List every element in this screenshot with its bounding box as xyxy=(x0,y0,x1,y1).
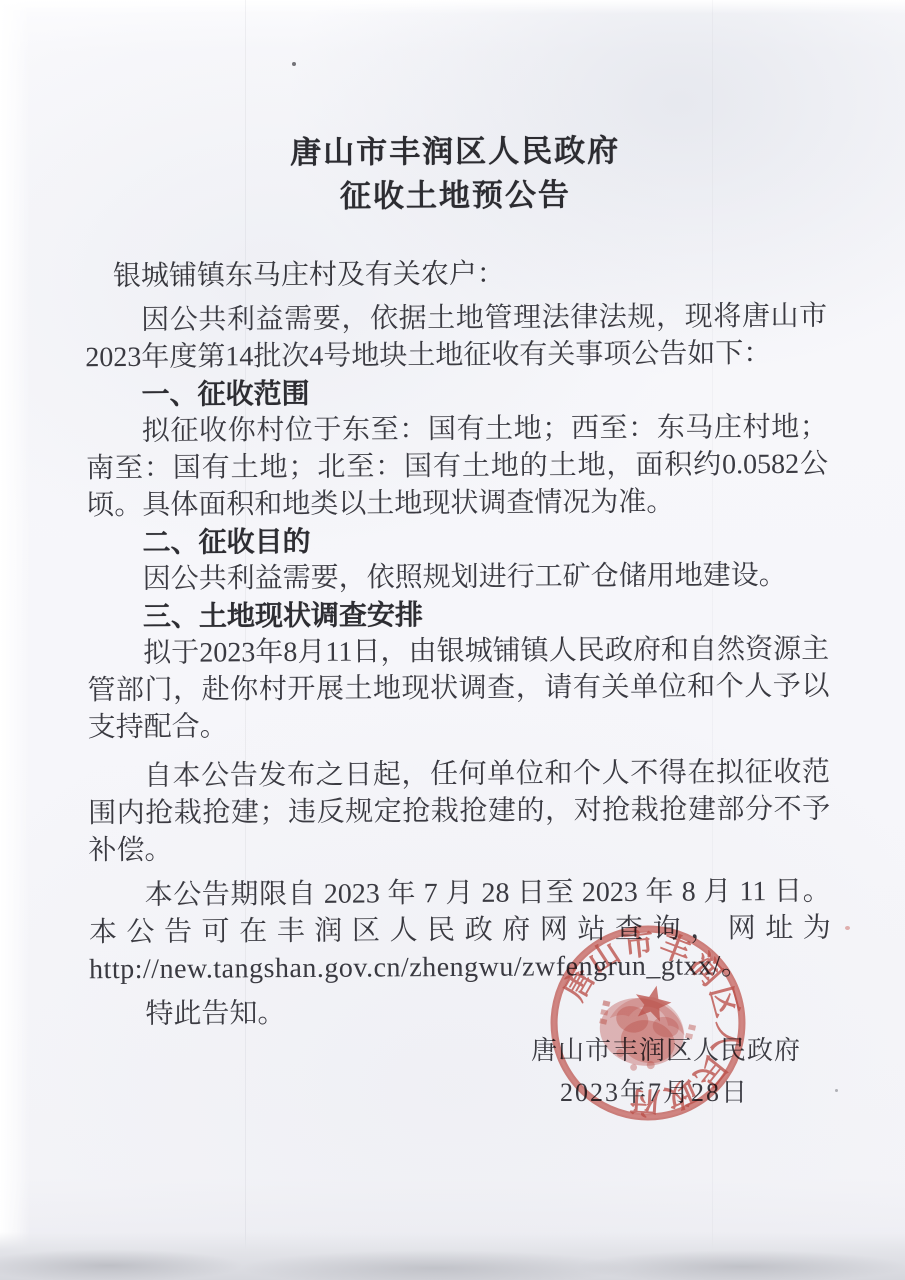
section-heading-1: 一、征收范围 xyxy=(85,372,827,414)
seal-mark xyxy=(602,1000,610,1007)
paper-left-edge xyxy=(0,0,30,1280)
seal-mark xyxy=(685,1033,693,1040)
paragraph-purpose: 因公共利益需要，依照规划进行工矿仓储用地建设。 xyxy=(87,557,829,599)
document-body: 唐山市丰润区人民政府 征收土地预公告 银城铺镇东马庄村及有关农户： 因公共利益需… xyxy=(84,128,831,1034)
document-title-line1: 唐山市丰润区人民政府 xyxy=(84,128,826,177)
seal-graphic: 唐山市丰润区人民政府 xyxy=(532,907,762,1139)
paper-top-edge xyxy=(0,0,905,14)
seal-ink-speck xyxy=(845,926,850,930)
section-heading-3: 三、土地现状调查安排 xyxy=(87,594,829,636)
paragraph-scope: 拟征收你村位于东至：国有土地；西至：东马庄村地；南至：国有土地；北至：国有土地的… xyxy=(86,409,829,525)
section-heading-2: 二、征收目的 xyxy=(86,520,828,562)
document-title-line2: 征收土地预公告 xyxy=(84,172,826,221)
seal-emblem xyxy=(590,975,703,1083)
paragraph-intro: 因公共利益需要，依据土地管理法律法规，现将唐山市2023年度第14批次4号地块土… xyxy=(85,298,827,377)
paragraphs: 因公共利益需要，依据土地管理法律法规，现将唐山市2023年度第14批次4号地块土… xyxy=(85,298,831,1034)
dust-speck xyxy=(292,62,296,66)
salutation: 银城铺镇东马庄村及有关农户： xyxy=(85,254,827,297)
paragraph-survey: 拟于2023年8月11日，由银城铺镇人民政府和自然资源主管部门，赴你村开展土地现… xyxy=(87,631,830,747)
scanned-document-page: 唐山市丰润区人民政府 征收土地预公告 银城铺镇东马庄村及有关农户： 因公共利益需… xyxy=(0,0,905,1280)
paper-bottom-shadow xyxy=(0,1232,905,1280)
seal-mark xyxy=(688,1024,696,1031)
dust-speck xyxy=(835,1089,838,1092)
paragraph-prohibition: 自本公告发布之日起，任何单位和个人不得在拟征收范围内抢栽抢建；违反规定抢栽抢建的… xyxy=(88,754,831,870)
